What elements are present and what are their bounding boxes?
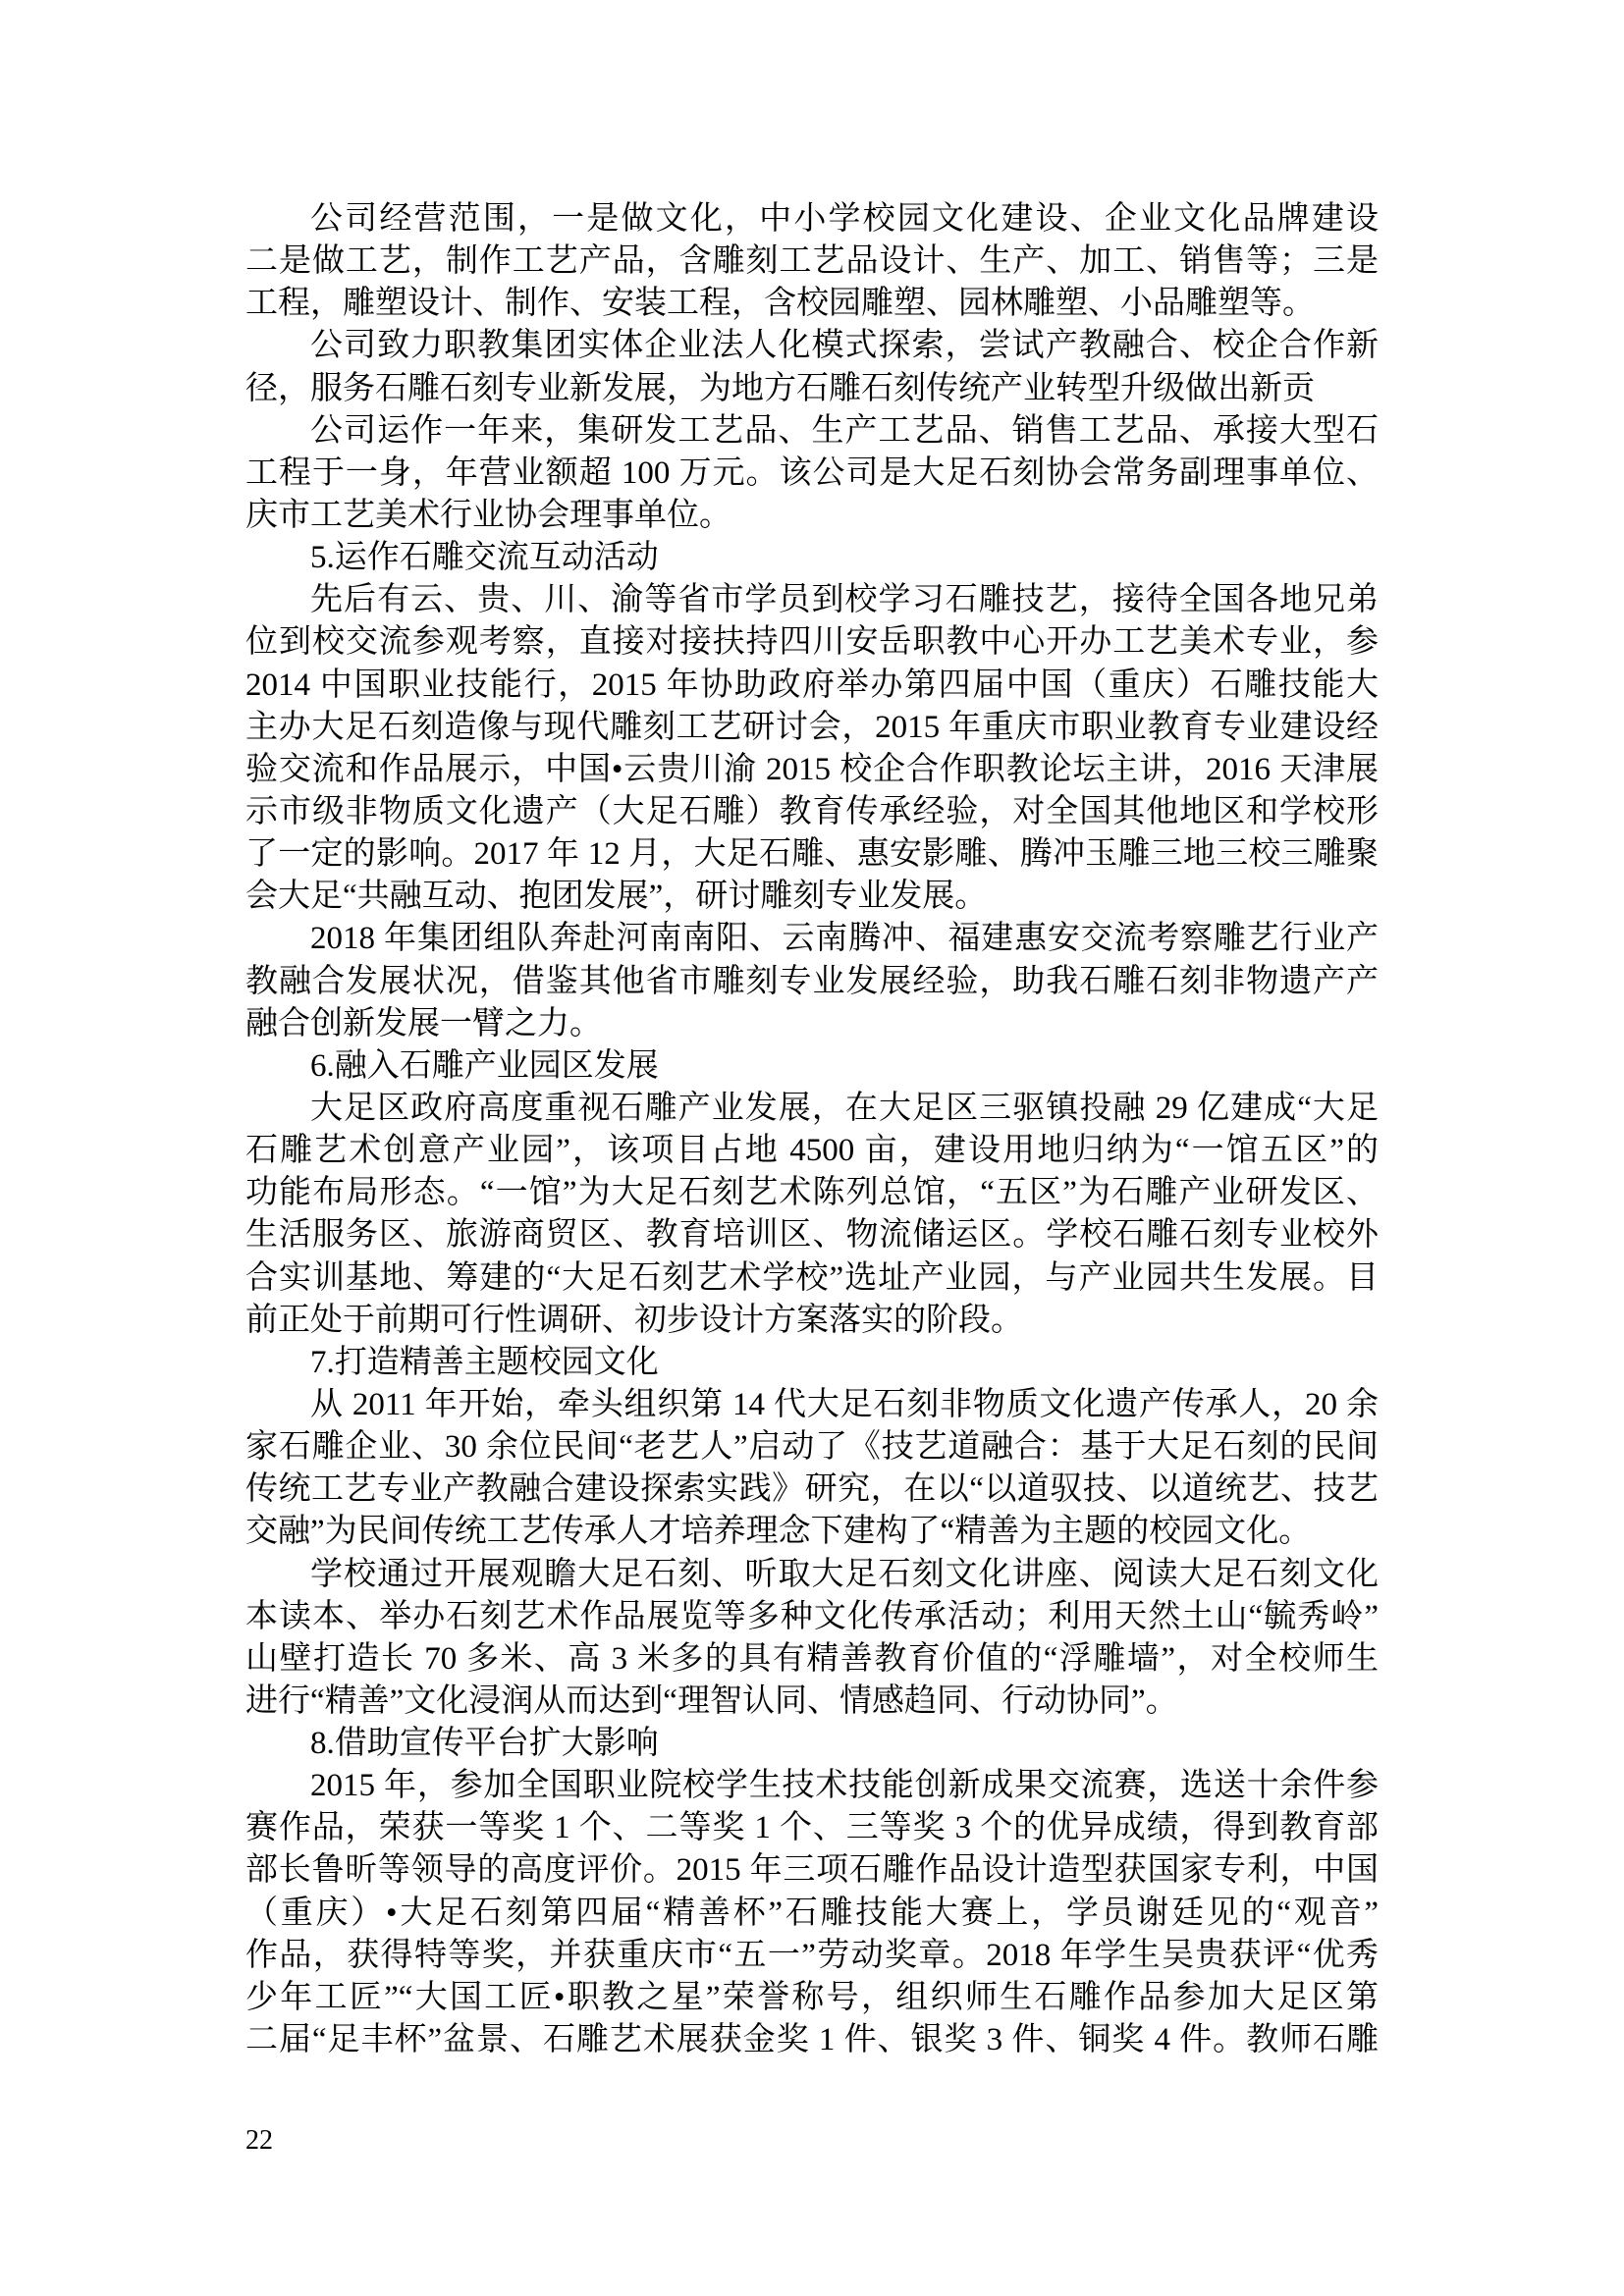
text-line: 2014 中国职业技能行，2015 年协助政府举办第四届中国（重庆）石雕技能大赛… <box>245 665 1379 707</box>
text-line: 本读本、举办石刻艺术作品展览等多种文化传承活动；利用天然土山“毓秀岭” <box>245 1596 1379 1638</box>
text-line: 径，服务石雕石刻专业新发展，为地方石雕石刻传统产业转型升级做出新贡献。 <box>245 368 1379 410</box>
heading-line: 5.运作石雕交流互动活动 <box>245 537 1379 579</box>
text-block: 公司经营范围，一是做文化，中小学校园文化建设、企业文化品牌建设等；二是做工艺，制… <box>245 198 1379 2061</box>
page-number: 22 <box>245 2122 273 2160</box>
text-line: 了一定的影响。2017 年 12 月，大足石雕、惠安影雕、腾冲玉雕三地三校三雕聚 <box>245 833 1379 876</box>
text-line: 融合创新发展一臂之力。 <box>245 1003 1379 1045</box>
text-line: 传统工艺专业产教融合建设探索实践》研究，在以“以道驭技、以道统艺、技艺 <box>245 1468 1379 1511</box>
text-line: 学校通过开展观瞻大足石刻、听取大足石刻文化讲座、阅读大足石刻文化校 <box>245 1554 1379 1596</box>
text-line: 从 2011 年开始，牵头组织第 14 代大足石刻非物质文化遗产传承人，20 余 <box>245 1384 1379 1426</box>
text-line: 大足区政府高度重视石雕产业发展，在大足区三驱镇投融 29 亿建成“大足 <box>245 1088 1379 1130</box>
text-line: 赛作品，荣获一等奖 1 个、二等奖 1 个、三等奖 3 个的优异成绩，得到教育部… <box>245 1807 1379 1849</box>
text-line: 会大足“共融互动、抱团发展”，研讨雕刻专业发展。 <box>245 876 1379 918</box>
text-line: 生活服务区、旅游商贸区、教育培训区、物流储运区。学校石雕石刻专业校外综 <box>245 1214 1379 1256</box>
text-line: 公司运作一年来，集研发工艺品、生产工艺品、销售工艺品、承接大型石雕 <box>245 410 1379 453</box>
document-page: 公司经营范围，一是做文化，中小学校园文化建设、企业文化品牌建设等；二是做工艺，制… <box>0 0 1624 2296</box>
text-line: 家石雕企业、30 余位民间“老艺人”启动了《技艺道融合：基于大足石刻的民间 <box>245 1426 1379 1468</box>
text-line: 功能布局形态。“一馆”为大足石刻艺术陈列总馆，“五区”为石雕产业研发区、 <box>245 1172 1379 1214</box>
text-line: 工程于一身，年营业额超 100 万元。该公司是大足石刻协会常务副理事单位、重 <box>245 453 1379 495</box>
text-line: 示市级非物质文化遗产（大足石雕）教育传承经验，对全国其他地区和学校形成 <box>245 791 1379 833</box>
text-line: 交融”为民间传统工艺传承人才培养理念下建构了“精善为主题的校园文化。 <box>245 1511 1379 1553</box>
text-line: 二届“足丰杯”盆景、石雕艺术展获金奖 1 件、银奖 3 件、铜奖 4 件。教师石… <box>245 2019 1379 2061</box>
text-line: （重庆）•大足石刻第四届“精善杯”石雕技能大赛上，学员谢廷见的“观音” <box>245 1893 1379 1935</box>
text-line: 工程，雕塑设计、制作、安装工程，含校园雕塑、园林雕塑、小品雕塑等。 <box>245 283 1379 325</box>
text-line: 部长鲁昕等领导的高度评价。2015 年三项石雕作品设计造型获国家专利，中国 <box>245 1849 1379 1892</box>
text-line: 山壁打造长 70 多米、高 3 米多的具有精善教育价值的“浮雕墙”，对全校师生 <box>245 1638 1379 1681</box>
text-line: 先后有云、贵、川、渝等省市学员到校学习石雕技艺，接待全国各地兄弟单 <box>245 579 1379 621</box>
text-line: 作品，获得特等奖，并获重庆市“五一”劳动奖章。2018 年学生吴贵获评“优秀 <box>245 1935 1379 1977</box>
text-line: 进行“精善”文化浸润从而达到“理智认同、情感趋同、行动协同”。 <box>245 1681 1379 1723</box>
text-line: 少年工匠”“大国工匠•职教之星”荣誉称号，组织师生石雕作品参加大足区第 <box>245 1977 1379 2019</box>
text-line: 验交流和作品展示，中国•云贵川渝 2015 校企合作职教论坛主讲，2016 天津… <box>245 749 1379 791</box>
heading-line: 8.借助宣传平台扩大影响 <box>245 1723 1379 1765</box>
text-line: 前正处于前期可行性调研、初步设计方案落实的阶段。 <box>245 1300 1379 1342</box>
text-line: 教融合发展状况，借鉴其他省市雕刻专业发展经验，助我石雕石刻非物遗产产教 <box>245 961 1379 1003</box>
text-line: 二是做工艺，制作工艺产品，含雕刻工艺品设计、生产、加工、销售等；三是做 <box>245 240 1379 283</box>
text-line: 主办大足石刻造像与现代雕刻工艺研讨会，2015 年重庆市职业教育专业建设经 <box>245 707 1379 749</box>
text-line: 位到校交流参观考察，直接对接扶持四川安岳职教中心开办工艺美术专业，参与 <box>245 621 1379 664</box>
text-line: 庆市工艺美术行业协会理事单位。 <box>245 495 1379 537</box>
text-line: 石雕艺术创意产业园”，该项目占地 4500 亩，建设用地归纳为“一馆五区”的 <box>245 1130 1379 1172</box>
text-line: 公司致力职教集团实体企业法人化模式探索，尝试产教融合、校企合作新途 <box>245 325 1379 367</box>
text-line: 2015 年，参加全国职业院校学生技术技能创新成果交流赛，选送十余件参 <box>245 1765 1379 1807</box>
text-line: 2018 年集团组队奔赴河南南阳、云南腾冲、福建惠安交流考察雕艺行业产 <box>245 918 1379 960</box>
text-line: 合实训基地、筹建的“大足石刻艺术学校”选址产业园，与产业园共生发展。目 <box>245 1257 1379 1300</box>
heading-line: 6.融入石雕产业园区发展 <box>245 1045 1379 1088</box>
text-line: 公司经营范围，一是做文化，中小学校园文化建设、企业文化品牌建设等； <box>245 198 1379 240</box>
heading-line: 7.打造精善主题校园文化 <box>245 1342 1379 1384</box>
